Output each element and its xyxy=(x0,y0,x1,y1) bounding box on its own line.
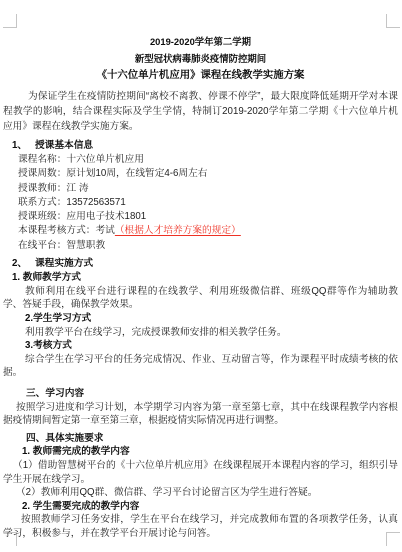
assessment-red-note: （根据人才培养方案的规定） xyxy=(115,225,241,236)
section-4-item-1-heading: 1. 教师需完成的教学内容 xyxy=(3,445,398,459)
section-2-heading: 2、课程实施方式 xyxy=(3,257,398,271)
section-4-item-1-para-1: （1）借助智慧树平台的《十六位单片机应用》在线课程展开本课程内容的学习，组织引导… xyxy=(3,459,398,486)
assessment-prefix: 本课程考核方式：考试 xyxy=(18,225,115,236)
intro-paragraph: 为保证学生在疫情防控期间“离校不离教、停课不停学”，最大限度降低延期开学对本课程… xyxy=(3,89,398,135)
section-4-heading: 四、具体实施要求 xyxy=(3,432,398,446)
crop-mark-top-right-icon xyxy=(386,14,400,28)
page-title-line-1: 2019-2020学年第二学期 xyxy=(3,33,398,50)
section-1-number: 1、 xyxy=(12,139,35,153)
info-line-assessment: 本课程考核方式：考试（根据人才培养方案的规定） xyxy=(3,224,398,238)
page-title-line-3: 《十六位单片机应用》课程在线教学实施方案 xyxy=(3,67,398,84)
section-1-heading: 1、授课基本信息 xyxy=(3,139,398,153)
section-4-item-1-para-2: （2）教师利用QQ群、微信群、学习平台讨论留言区为学生进行答疑。 xyxy=(3,486,398,500)
section-2-item-1-body: 教师利用在线平台进行课程的在线教学、利用班级微信群、班级QQ群等作为辅助教学、答… xyxy=(3,285,398,312)
section-2-item-3-body: 综合学生在学习平台的任务完成情况、作业、互动留言等，作为课程平时成绩考核的依据。 xyxy=(3,353,398,380)
section-2: 2、课程实施方式 1. 教师教学方式 教师利用在线平台进行课程的在线教学、利用班… xyxy=(3,257,398,380)
section-2-item-2-body: 利用教学平台在线学习，完成授课教师安排的相关教学任务。 xyxy=(3,326,398,340)
info-line-course-name: 课程名称：十六位单片机应用 xyxy=(3,153,398,167)
section-3-body: 按照学习进度和学习计划，本学期学习内容为第一章至第七章，其中在线课程教学内容根据… xyxy=(3,401,398,428)
crop-mark-top-left-icon xyxy=(3,14,17,28)
info-line-teacher: 授课教师：江 涛 xyxy=(3,182,398,196)
section-2-item-1-heading: 1. 教师教学方式 xyxy=(3,271,398,285)
section-2-item-3-heading: 3.考核方式 xyxy=(3,339,398,353)
section-3-heading: 三、学习内容 xyxy=(3,387,398,401)
section-2-heading-label: 课程实施方式 xyxy=(35,258,93,269)
document-content: 2019-2020学年第二学期 新型冠状病毒肺炎疫情防控期间 《十六位单片机应用… xyxy=(3,33,398,541)
section-2-number: 2、 xyxy=(12,257,35,271)
document-page: 2019-2020学年第二学期 新型冠状病毒肺炎疫情防控期间 《十六位单片机应用… xyxy=(0,0,402,552)
section-4-item-2-para: 按照教师学习任务安排，学生在平台在线学习，并完成教师布置的各项教学任务，认真学习… xyxy=(3,513,398,540)
section-1-heading-label: 授课基本信息 xyxy=(35,140,93,151)
info-line-teaching-weeks: 授课周数：原计划10周，在线暂定4-6周左右 xyxy=(3,167,398,181)
info-line-class: 授课班级：应用电子技术1801 xyxy=(3,210,398,224)
page-title-line-2: 新型冠状病毒肺炎疫情防控期间 xyxy=(3,50,398,67)
section-4-item-2-heading: 2. 学生需要完成的教学内容 xyxy=(3,500,398,514)
info-line-platform: 在线平台：智慧职教 xyxy=(3,239,398,253)
section-2-item-2-heading: 2.学生学习方式 xyxy=(3,312,398,326)
info-line-contact: 联系方式：13572563571 xyxy=(3,196,398,210)
